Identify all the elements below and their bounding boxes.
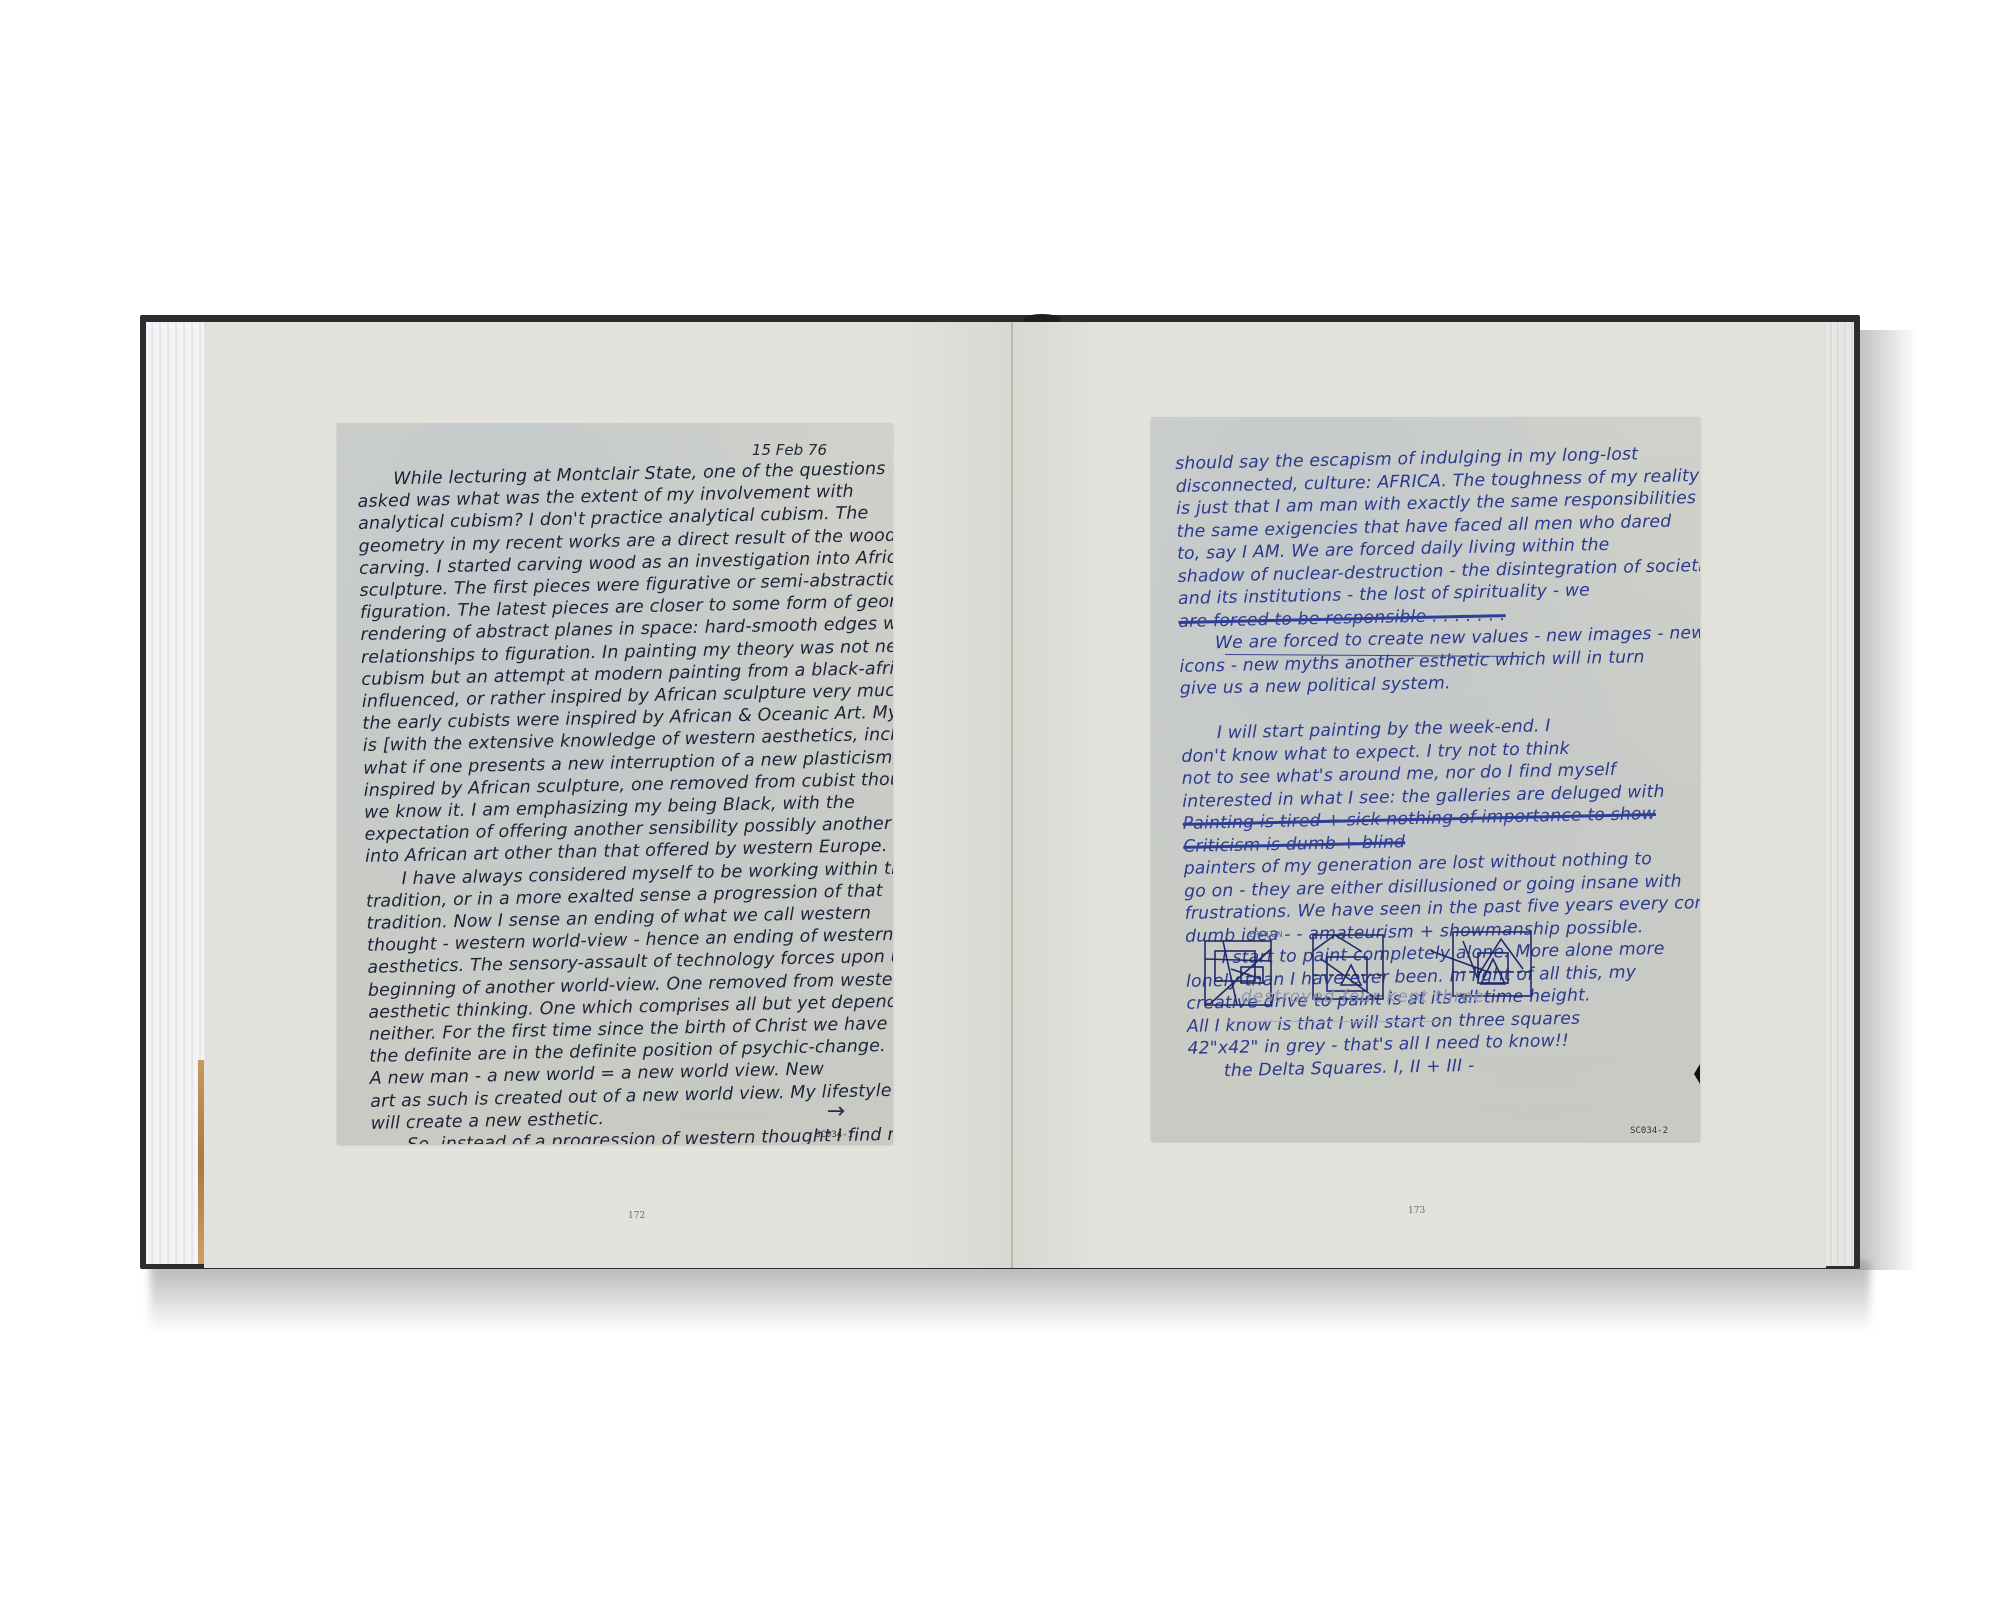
book-shadow-right [1858, 330, 1918, 1270]
right-page-edges [1826, 322, 1854, 1266]
left-manuscript-text: While lecturing at Montclair State, one … [357, 458, 891, 1144]
catalog-id: SC034-2 [1630, 1126, 1668, 1136]
manuscript-date: 15 Feb 76 [752, 441, 827, 459]
left-manuscript-sheet: 15 Feb 76 While lecturing at Montclair S… [337, 423, 893, 1144]
sheet-clip-mark [1694, 1064, 1700, 1084]
book-shadow-bottom [150, 1262, 1870, 1332]
pencil-annotation: destroyed four kept three [1241, 987, 1485, 1007]
right-manuscript-sheet: should say the escapism of indulging in … [1151, 417, 1700, 1141]
book-gutter [1011, 322, 1013, 1268]
catalog-id: SC034-1 [815, 1130, 853, 1140]
continuation-arrow-icon: → [827, 1099, 845, 1124]
page-number-right: 173 [1408, 1206, 1425, 1216]
delta-squares-sketches: EPSILON [1201, 929, 1581, 1024]
pencil-underline [1227, 1021, 1447, 1022]
page-number-left: 172 [628, 1211, 645, 1221]
sketch-label-epsilon: EPSILON [1249, 930, 1283, 939]
left-page-edges [146, 322, 204, 1264]
